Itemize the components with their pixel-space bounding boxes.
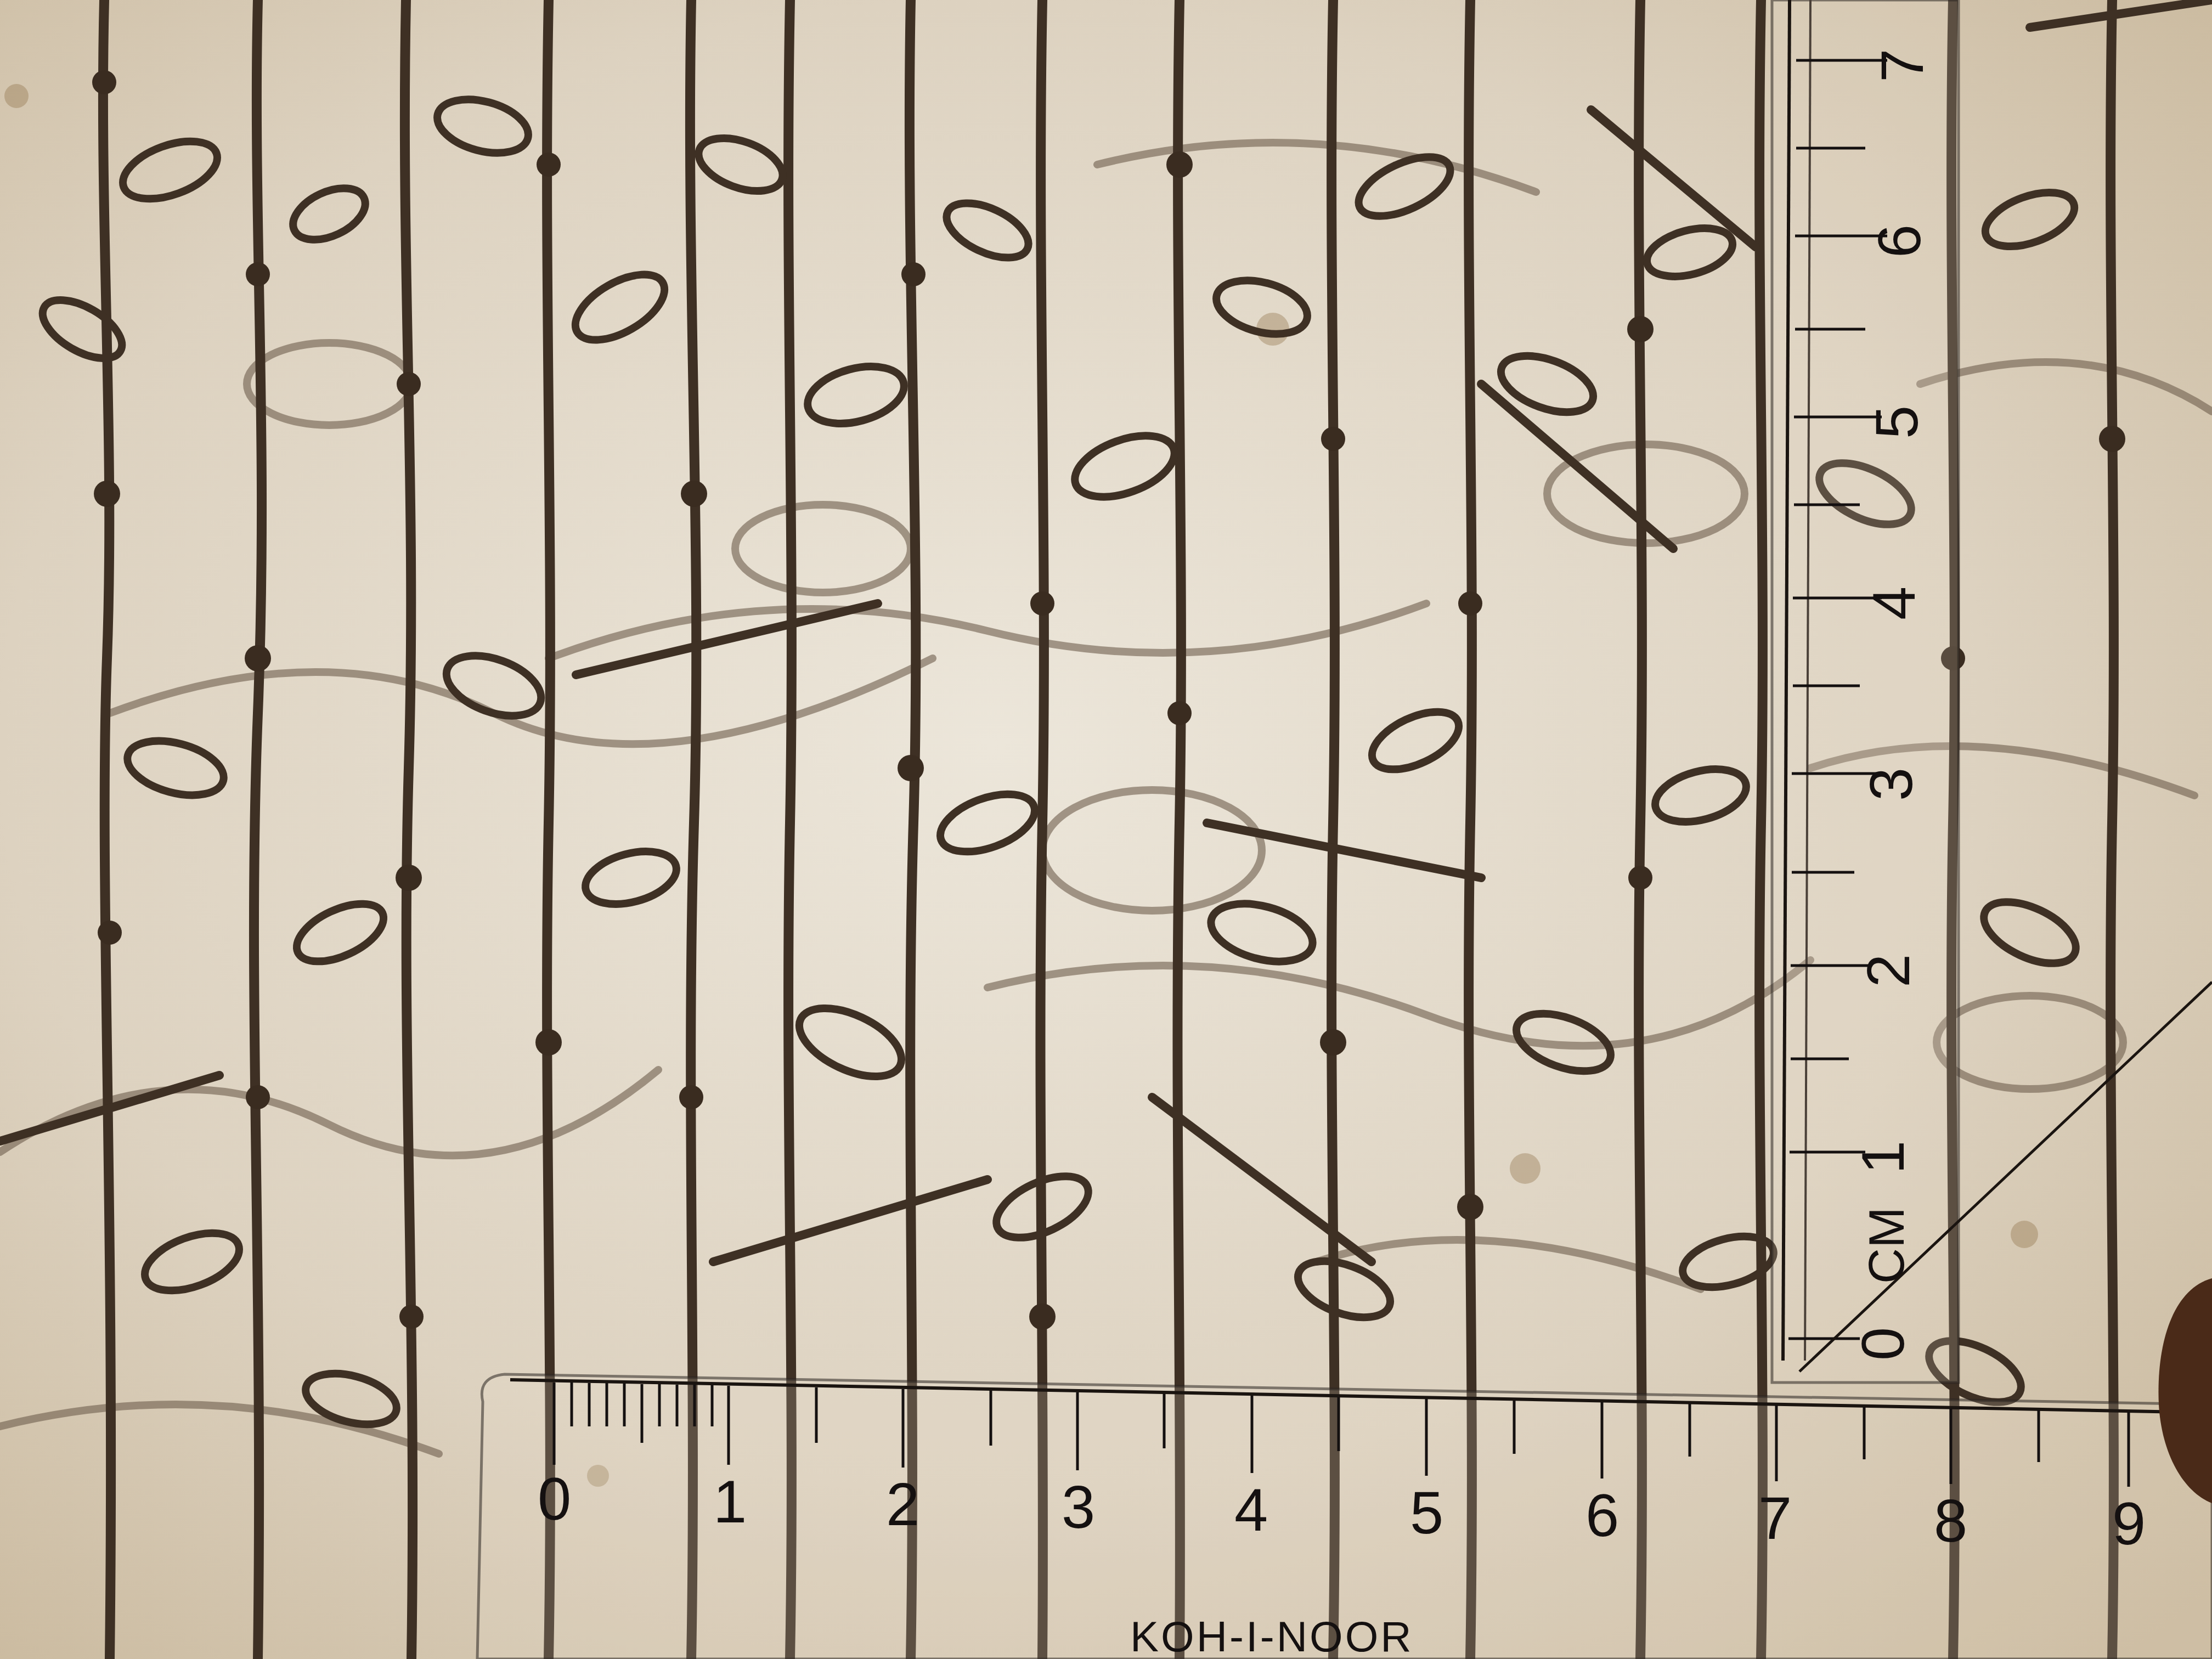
h-ruler-label-8: 8	[1934, 1487, 1967, 1555]
v-ruler-label-4: 4	[1860, 586, 1928, 620]
v-ruler-label-1: 1	[1849, 1141, 1917, 1174]
v-ruler-label-0: 0	[1849, 1327, 1917, 1361]
v-ruler-label-2: 2	[1855, 954, 1922, 988]
v-ruler-label-6: 6	[1866, 224, 1933, 258]
h-ruler-label-1: 1	[713, 1468, 747, 1536]
h-ruler-label-9: 9	[2112, 1490, 2146, 1558]
v-ruler-label-5: 5	[1863, 405, 1931, 439]
horizontal-ruler: 0 1 2 3 4 5 6 7 8 9 KOH-I-NOOR	[477, 1374, 2212, 1659]
h-ruler-label-3: 3	[1062, 1474, 1095, 1541]
h-ruler-label-7: 7	[1758, 1485, 1792, 1552]
h-ruler-label-2: 2	[886, 1471, 919, 1538]
manuscript-photo: 0 1 2 3 4 5 6 7 8 9 KOH-I-NOOR	[0, 0, 2212, 1659]
h-ruler-label-6: 6	[1585, 1482, 1619, 1549]
h-ruler-label-5: 5	[1410, 1479, 1443, 1547]
ruler-brand-label: KOH-I-NOOR	[1130, 1612, 1414, 1659]
v-ruler-label-7: 7	[1869, 49, 1936, 82]
h-ruler-label-0: 0	[538, 1465, 571, 1533]
v-ruler-label-3: 3	[1858, 768, 1925, 801]
h-ruler-label-4: 4	[1234, 1476, 1268, 1544]
